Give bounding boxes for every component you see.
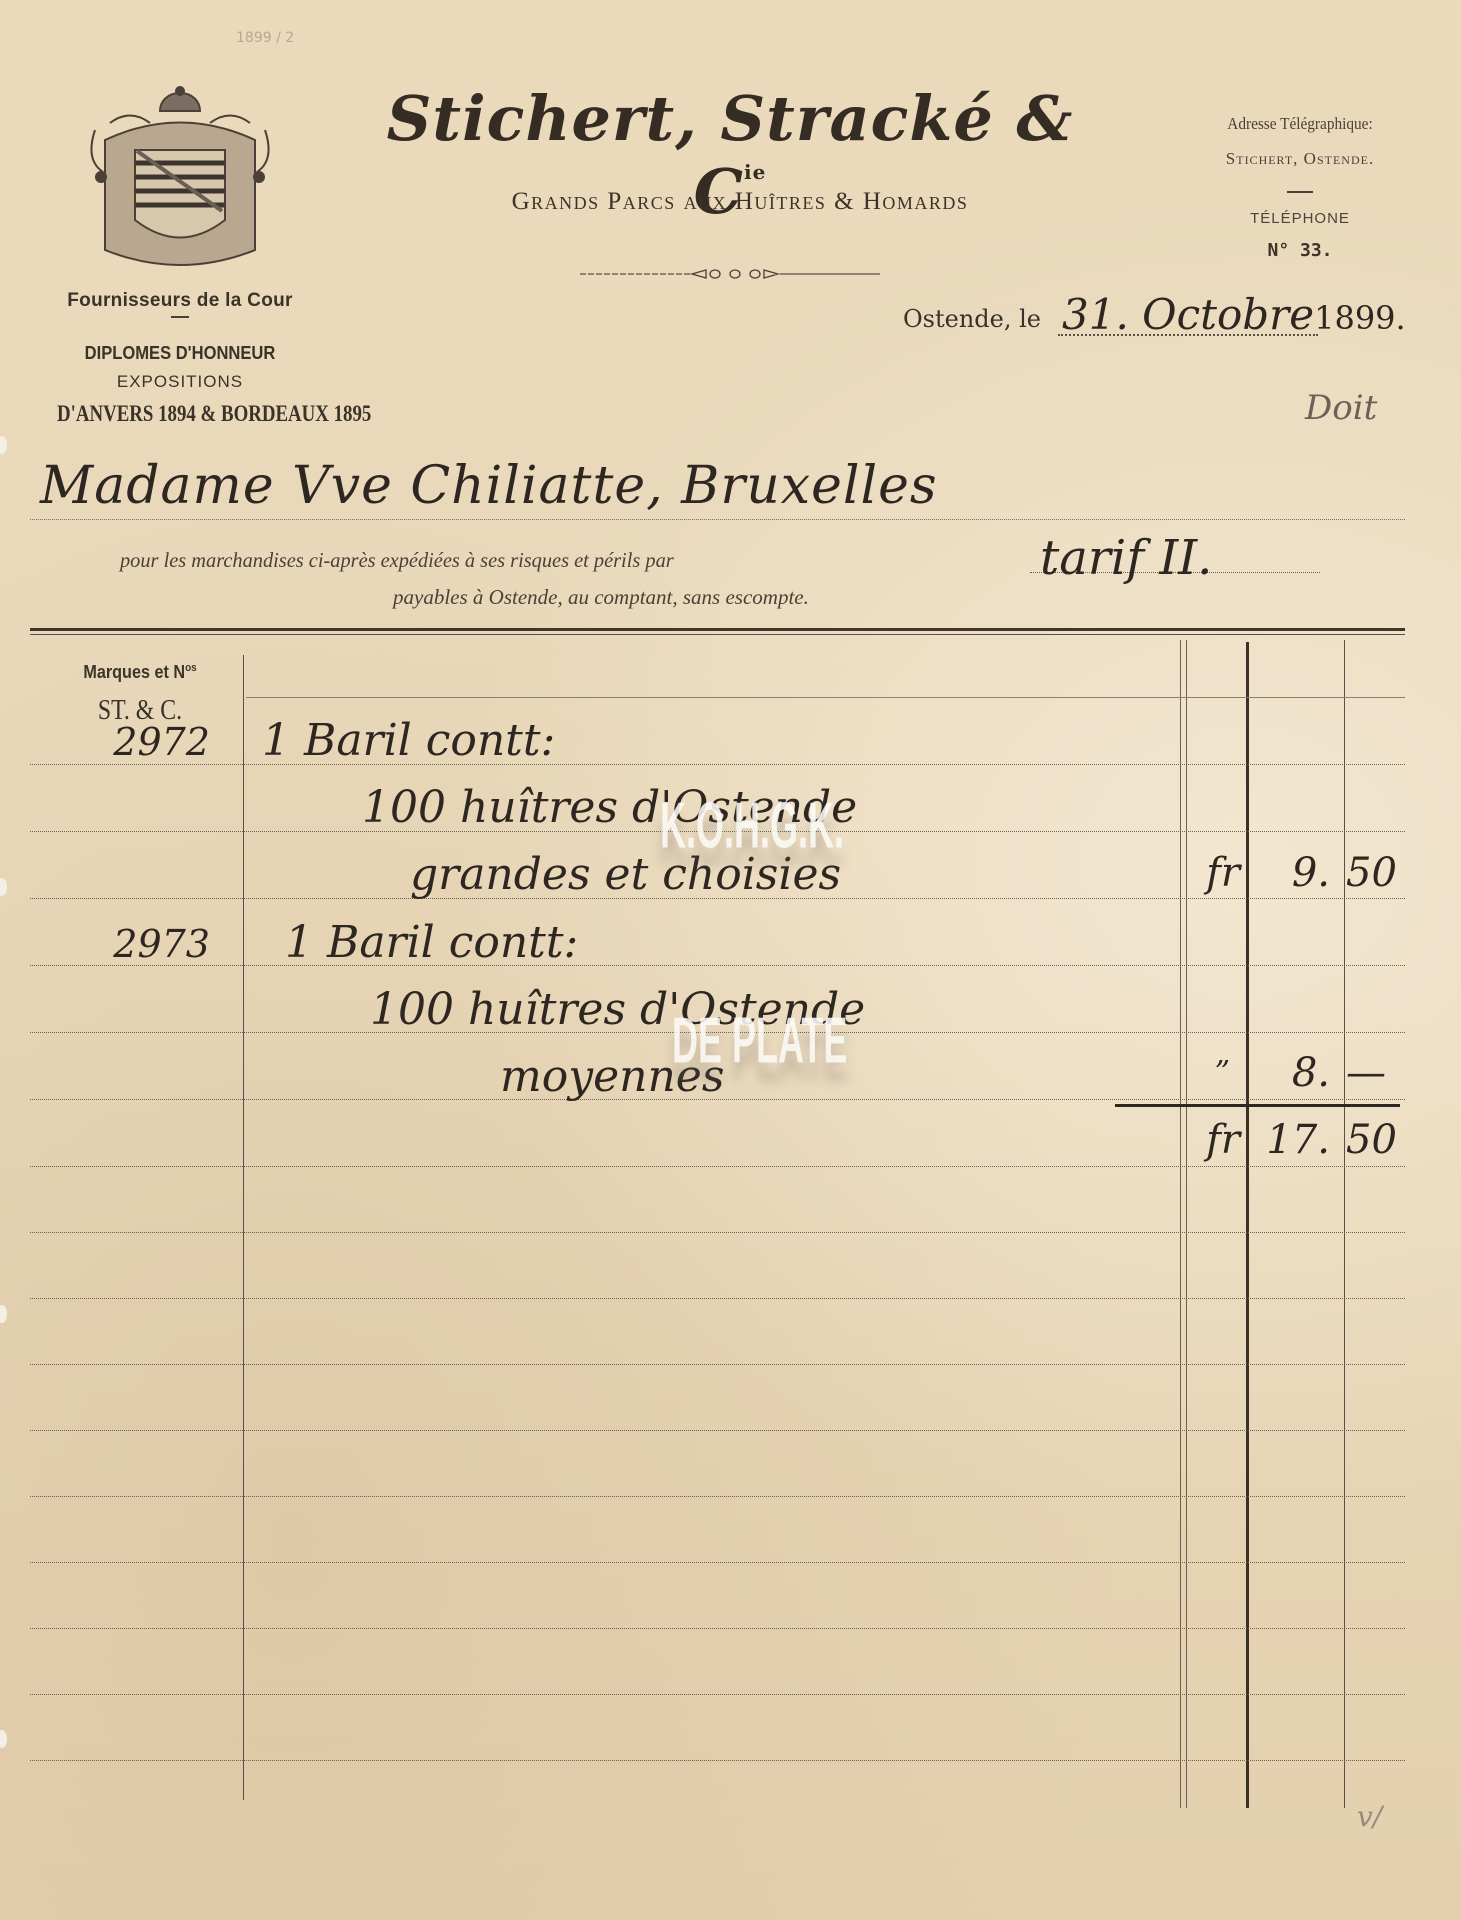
item-currency-ditto: ” <box>1150 1055 1230 1090</box>
punch-hole <box>0 1730 7 1748</box>
ornament-divider-icon <box>580 268 880 280</box>
punch-hole <box>0 1305 7 1323</box>
table-row-line <box>30 1760 1405 1761</box>
divider <box>171 316 189 318</box>
table-row-line <box>30 1430 1405 1431</box>
punch-hole <box>0 436 7 454</box>
expositions-cities-text: D'ANVERS 1894 & BORDEAUX 1895 <box>57 401 303 427</box>
table-top-rule-thin <box>30 634 1405 635</box>
total-centimes: 50 <box>1346 1117 1401 1163</box>
table-row-line <box>30 1694 1405 1695</box>
total-currency: fr <box>1150 1117 1240 1163</box>
centimes-column-rule <box>1344 640 1345 1808</box>
item-centimes: 50 <box>1346 850 1401 896</box>
currency-column-left-rule <box>1180 640 1181 1808</box>
addressee: Madame Vve Chiliatte, Bruxelles <box>40 456 938 516</box>
firm-suffix: ie <box>744 160 766 184</box>
table-row-line <box>30 1562 1405 1563</box>
total-francs: 17. <box>1250 1117 1330 1163</box>
telegraph-address: Stichert, Ostende. <box>1150 149 1450 169</box>
table-row-line <box>246 697 1405 698</box>
addressee-dotted-line <box>30 519 1405 520</box>
divider <box>1287 191 1313 193</box>
item-line: 1 Baril contt: <box>262 715 555 766</box>
payment-terms-text: payables à Ostende, au comptant, sans es… <box>393 585 809 610</box>
item-francs: 8. <box>1250 1050 1330 1096</box>
item-currency: fr <box>1150 850 1240 896</box>
handwritten-date: 31. Octobre1899. <box>1062 290 1406 339</box>
item-mark: 2972 <box>30 720 210 764</box>
punch-hole <box>0 878 7 896</box>
date-day-month: 31. Octobre <box>1062 290 1314 339</box>
marks-header-text: Marques et N <box>83 662 185 682</box>
date-year: 1899. <box>1314 299 1406 337</box>
item-mark: 2973 <box>30 922 210 966</box>
watermark-line2: DE PLATE <box>672 1003 847 1079</box>
shipping-terms-text: pour les marchandises ci-après expédiées… <box>120 548 674 573</box>
table-row-line <box>30 1166 1405 1167</box>
expositions-text: EXPOSITIONS <box>30 372 330 392</box>
table-row-line <box>30 1628 1405 1629</box>
doit-label: Doit <box>1305 388 1377 428</box>
item-line: 1 Baril contt: <box>285 917 578 968</box>
table-row-line <box>30 1232 1405 1233</box>
firm-tagline: Grands Parcs aux Huîtres & Homards <box>370 188 1110 216</box>
marks-column-header: Marques et Nos <box>50 662 230 683</box>
pencil-annotation-top: 1899 / 2 <box>236 30 294 46</box>
total-rule <box>1115 1104 1400 1107</box>
shipping-method: tarif II. <box>1040 530 1212 586</box>
item-francs: 9. <box>1250 850 1330 896</box>
table-top-rule <box>30 628 1405 631</box>
honours-text: DIPLOMES D'HONNEUR <box>42 343 318 364</box>
item-centimes: — <box>1346 1050 1401 1096</box>
coat-of-arms-icon <box>85 85 275 275</box>
table-row-line <box>30 1298 1405 1299</box>
telephone-label: TÉLÉPHONE <box>1150 210 1450 227</box>
telephone-number: N° 33. <box>1150 240 1450 261</box>
table-row-line <box>30 1496 1405 1497</box>
marks-header-sup: os <box>185 662 197 674</box>
watermark-line1: K.O.H.G.K. <box>660 788 844 864</box>
court-supplier-text: Fournisseurs de la Cour <box>30 290 330 312</box>
francs-column-rule <box>1246 642 1249 1808</box>
table-row-line <box>30 764 1405 765</box>
currency-column-left-rule-2 <box>1186 640 1187 1808</box>
date-place-prefix: Ostende, le <box>903 305 1041 333</box>
table-row-line <box>30 965 1405 966</box>
table-row-line <box>30 1364 1405 1365</box>
pencil-annotation-bottom: v/ <box>1357 1800 1382 1833</box>
telegraph-label: Adresse Télégraphique: <box>1165 114 1435 134</box>
